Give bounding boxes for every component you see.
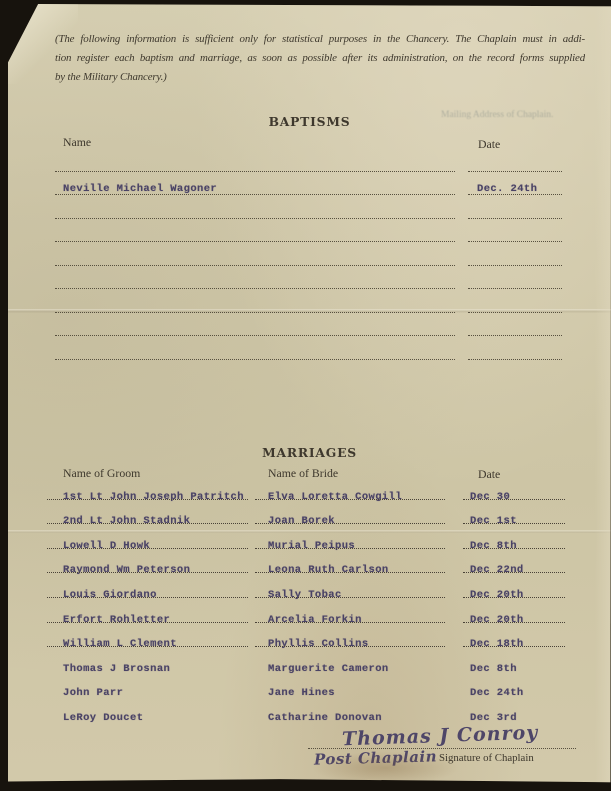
baptism-date-line <box>468 200 562 219</box>
marriage-date-value: Dec 30 <box>463 491 510 504</box>
marriage-groom-value: Raymond Wm Peterson <box>47 564 190 577</box>
baptism-name-line <box>55 153 455 172</box>
intro-note-line: by the Military Chancery.) <box>55 68 585 87</box>
baptism-date-line <box>468 341 562 360</box>
marriage-date-line: Dec 20th <box>463 578 565 603</box>
intro-note-line: tion register each baptism and marriage,… <box>55 49 585 68</box>
baptisms-section-title: BAPTISMS <box>8 114 611 129</box>
marriage-bride-line: Sally Tobac <box>255 578 445 603</box>
marriage-bride-value: Catharine Donovan <box>255 712 382 725</box>
marriage-row: Lowell D Howk Murial Peipus Dec 8th <box>47 529 581 554</box>
baptism-date-line <box>468 294 562 313</box>
marriage-groom-line: Thomas J Brosnan <box>47 652 248 677</box>
marriage-groom-line: Raymond Wm Peterson <box>47 554 248 579</box>
baptism-date-line <box>468 223 562 242</box>
marriage-row: 2nd Lt John Stadnik Joan Borek Dec 1st <box>47 505 581 530</box>
marriage-bride-line: Joan Borek <box>255 505 445 530</box>
marriage-bride-value: Marguerite Cameron <box>255 663 389 676</box>
marriage-bride-line: Catharine Donovan <box>255 701 445 726</box>
baptism-name-line <box>55 294 455 313</box>
marriage-date-value: Dec 8th <box>463 663 517 676</box>
marriage-bride-value: Murial Peipus <box>255 540 355 553</box>
marriage-row: Thomas J Brosnan Marguerite Cameron Dec … <box>47 652 581 677</box>
marriage-groom-line: 1st Lt John Joseph Patritch <box>47 480 248 505</box>
baptism-row <box>55 140 575 172</box>
marriage-date-value: Dec 1st <box>463 515 517 528</box>
marriage-row: Erfort Rohletter Arcelia Forkin Dec 20th <box>47 603 581 628</box>
marriage-date-line: Dec 8th <box>463 652 565 677</box>
marriage-date-value: Dec 18th <box>463 638 524 651</box>
marriage-bride-line: Leona Ruth Carlson <box>255 554 445 579</box>
intro-note-line: (The following information is sufficient… <box>55 30 585 49</box>
document-page: (The following information is sufficient… <box>8 4 611 783</box>
marriage-bride-line: Elva Loretta Cowgill <box>255 480 445 505</box>
marriage-groom-line: John Parr <box>47 677 248 702</box>
baptism-row <box>55 195 575 219</box>
baptism-name-line <box>55 223 455 242</box>
baptisms-table: Neville Michael Wagoner Dec. 24th <box>55 140 575 360</box>
marriage-groom-line: Louis Giordano <box>47 578 248 603</box>
marriage-groom-line: Erfort Rohletter <box>47 603 248 628</box>
marriage-date-line: Dec 30 <box>463 480 565 505</box>
marriage-date-value: Dec 22nd <box>463 564 524 577</box>
marriage-bride-line: Arcelia Forkin <box>255 603 445 628</box>
baptism-date-line <box>468 153 562 172</box>
marriage-bride-line: Jane Hines <box>255 677 445 702</box>
baptism-date-line <box>468 247 562 266</box>
scanned-document: { "document": { "intro_note_lines": [ {"… <box>0 0 611 791</box>
marriage-row: William L Clement Phyllis Collins Dec 18… <box>47 628 581 653</box>
marriage-date-line: Dec 22nd <box>463 554 565 579</box>
marriage-date-line: Dec 20th <box>463 603 565 628</box>
marriage-groom-value: LeRoy Doucet <box>47 712 143 725</box>
baptism-name-line <box>55 270 455 289</box>
marriage-date-value: Dec 20th <box>463 614 524 627</box>
baptism-name-value: Neville Michael Wagoner <box>55 183 217 196</box>
baptism-row <box>55 242 575 266</box>
marriage-row: Raymond Wm Peterson Leona Ruth Carlson D… <box>47 554 581 579</box>
marriage-date-value: Dec 24th <box>463 687 524 700</box>
marriage-groom-value: 2nd Lt John Stadnik <box>47 515 190 528</box>
baptism-name-line <box>55 247 455 266</box>
marriages-bride-column-header: Name of Bride <box>268 466 338 481</box>
marriage-date-line: Dec 1st <box>463 505 565 530</box>
marriage-bride-value: Jane Hines <box>255 687 335 700</box>
marriage-bride-value: Arcelia Forkin <box>255 614 362 627</box>
marriage-bride-value: Phyllis Collins <box>255 638 369 651</box>
marriage-groom-value: Thomas J Brosnan <box>47 663 170 676</box>
baptism-row <box>55 289 575 313</box>
marriage-row: John Parr Jane Hines Dec 24th <box>47 677 581 702</box>
marriage-bride-line: Marguerite Cameron <box>255 652 445 677</box>
marriages-table: 1st Lt John Joseph Patritch Elva Loretta… <box>47 480 581 726</box>
marriage-groom-line: Lowell D Howk <box>47 529 248 554</box>
marriage-groom-line: LeRoy Doucet <box>47 701 248 726</box>
baptism-name-line <box>55 200 455 219</box>
marriage-groom-value: Louis Giordano <box>47 589 157 602</box>
marriage-groom-value: Erfort Rohletter <box>47 614 170 627</box>
marriage-groom-value: John Parr <box>47 687 123 700</box>
marriage-groom-value: William L Clement <box>47 638 177 651</box>
marriage-bride-value: Sally Tobac <box>255 589 342 602</box>
marriage-date-line: Dec 8th <box>463 529 565 554</box>
marriage-groom-value: Lowell D Howk <box>47 540 150 553</box>
marriage-bride-line: Phyllis Collins <box>255 628 445 653</box>
marriages-section-title: MARRIAGES <box>8 445 611 460</box>
marriage-row: 1st Lt John Joseph Patritch Elva Loretta… <box>47 480 581 505</box>
marriage-date-line: Dec 24th <box>463 677 565 702</box>
baptism-row <box>55 313 575 337</box>
baptism-name-line: Neville Michael Wagoner <box>55 176 455 195</box>
baptism-row <box>55 266 575 290</box>
marriage-row: Louis Giordano Sally Tobac Dec 20th <box>47 578 581 603</box>
marriage-bride-value: Joan Borek <box>255 515 335 528</box>
marriage-bride-value: Elva Loretta Cowgill <box>255 491 402 504</box>
marriage-bride-line: Murial Peipus <box>255 529 445 554</box>
marriage-bride-value: Leona Ruth Carlson <box>255 564 389 577</box>
marriage-groom-line: William L Clement <box>47 628 248 653</box>
baptism-row <box>55 336 575 360</box>
paper-stain <box>306 750 466 786</box>
marriage-date-value: Dec 20th <box>463 589 524 602</box>
baptism-date-value: Dec. 24th <box>468 183 537 196</box>
marriage-groom-value: 1st Lt John Joseph Patritch <box>47 491 244 504</box>
marriage-date-line: Dec 18th <box>463 628 565 653</box>
intro-note: (The following information is sufficient… <box>55 30 585 86</box>
baptism-date-line <box>468 270 562 289</box>
marriage-groom-line: 2nd Lt John Stadnik <box>47 505 248 530</box>
baptism-row: Neville Michael Wagoner Dec. 24th <box>55 172 575 196</box>
baptism-date-line: Dec. 24th <box>468 176 562 195</box>
marriage-date-value: Dec 8th <box>463 540 517 553</box>
baptism-name-line <box>55 317 455 336</box>
baptism-row <box>55 219 575 243</box>
marriages-groom-column-header: Name of Groom <box>63 466 140 481</box>
baptism-name-line <box>55 341 455 360</box>
baptism-date-line <box>468 317 562 336</box>
